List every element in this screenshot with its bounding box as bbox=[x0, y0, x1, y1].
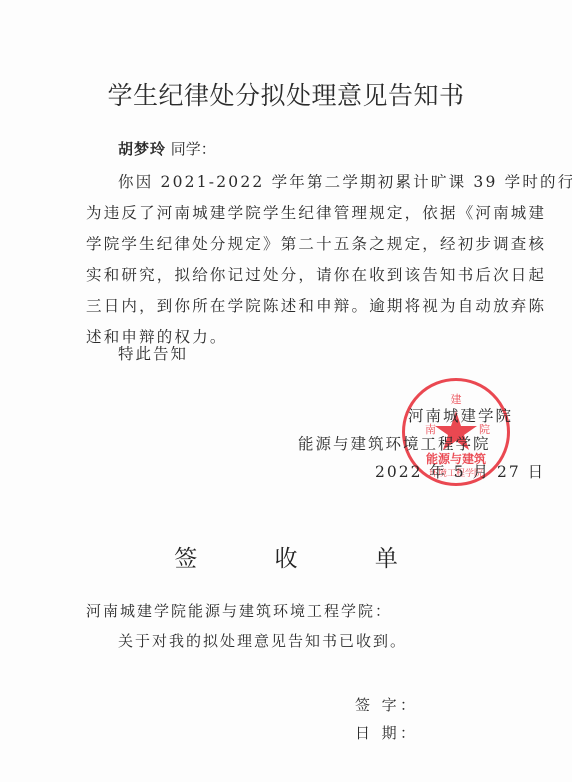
signature-label: 签 字： bbox=[355, 694, 415, 715]
receipt-title: 签 收 单 bbox=[0, 540, 572, 573]
signature-dept: 能源与建筑环境工程学院 bbox=[298, 432, 491, 454]
body-line: 为违反了河南城建学院学生纪律管理规定，依据《河南城建 bbox=[86, 201, 546, 223]
signature-org: 河南城建学院 bbox=[408, 404, 513, 426]
receipt-title-char: 单 bbox=[375, 540, 398, 573]
body-line: 实和研究，拟给你记过处分，请你在收到该告知书后次日起 bbox=[86, 263, 546, 285]
signature-date: 2022 年 5 月 27 日 bbox=[375, 460, 545, 482]
salutation: 胡梦玲 同学： bbox=[118, 138, 216, 159]
signature-field: 签 字： bbox=[355, 694, 415, 715]
receipt-body: 关于对我的拟处理意见告知书已收到。 bbox=[118, 630, 407, 651]
recipient-suffix: 同学： bbox=[171, 140, 216, 158]
receipt-title-char: 收 bbox=[275, 540, 298, 573]
closing-text: 特此告知 bbox=[118, 342, 188, 364]
body-line: 你因 2021-2022 学年第二学期初累计旷课 39 学时的行 bbox=[118, 170, 572, 192]
date-label: 日 期： bbox=[355, 722, 415, 743]
receipt-title-char: 签 bbox=[174, 540, 197, 573]
date-field: 日 期： bbox=[355, 722, 415, 743]
body-line: 学院学生纪律处分规定》第二十五条之规定，经初步调查核 bbox=[86, 232, 546, 254]
receipt-addressee: 河南城建学院能源与建筑环境工程学院： bbox=[86, 600, 392, 621]
recipient-name: 胡梦玲 bbox=[118, 140, 166, 158]
notice-title: 学生纪律处分拟处理意见告知书 bbox=[0, 76, 572, 112]
document-page: 学生纪律处分拟处理意见告知书 胡梦玲 同学： 你因 2021-2022 学年第二… bbox=[0, 0, 572, 782]
body-line: 三日内，到你所在学院陈述和申辩。逾期将视为自动放弃陈 bbox=[86, 294, 546, 316]
